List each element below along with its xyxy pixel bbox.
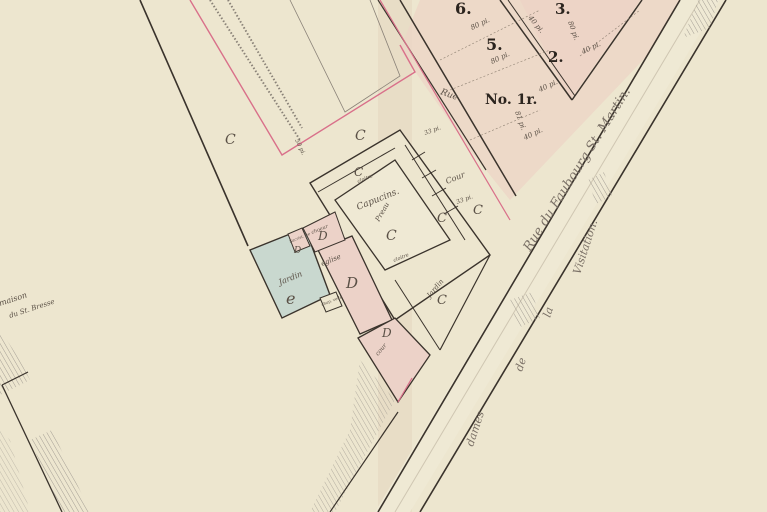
section-letter-d: D (317, 229, 328, 243)
section-letter-e: e (286, 289, 295, 308)
section-letter-c: C (437, 293, 447, 308)
lot-3-label: 3. (555, 0, 571, 18)
historical-map: 6. 5. 3. 2. No. 1r. 80 pi. 80 pi. 40 pi.… (0, 0, 767, 512)
section-letter-c: C (225, 132, 236, 148)
section-letter-c: C (437, 211, 447, 226)
section-letter-c: C (355, 128, 366, 144)
lot-5-label: 5. (486, 35, 503, 54)
section-letter-d: D (345, 274, 358, 292)
section-letter-c: C (386, 228, 397, 244)
lot-6-label: 6. (455, 0, 472, 18)
section-letter-d: D (293, 246, 301, 256)
section-letter-c: C (354, 165, 363, 179)
lot-1-label: No. 1r. (485, 92, 537, 108)
section-letter-c: C (473, 203, 483, 218)
section-letter-d: D (381, 326, 392, 340)
lot-2-label: 2. (548, 48, 564, 66)
